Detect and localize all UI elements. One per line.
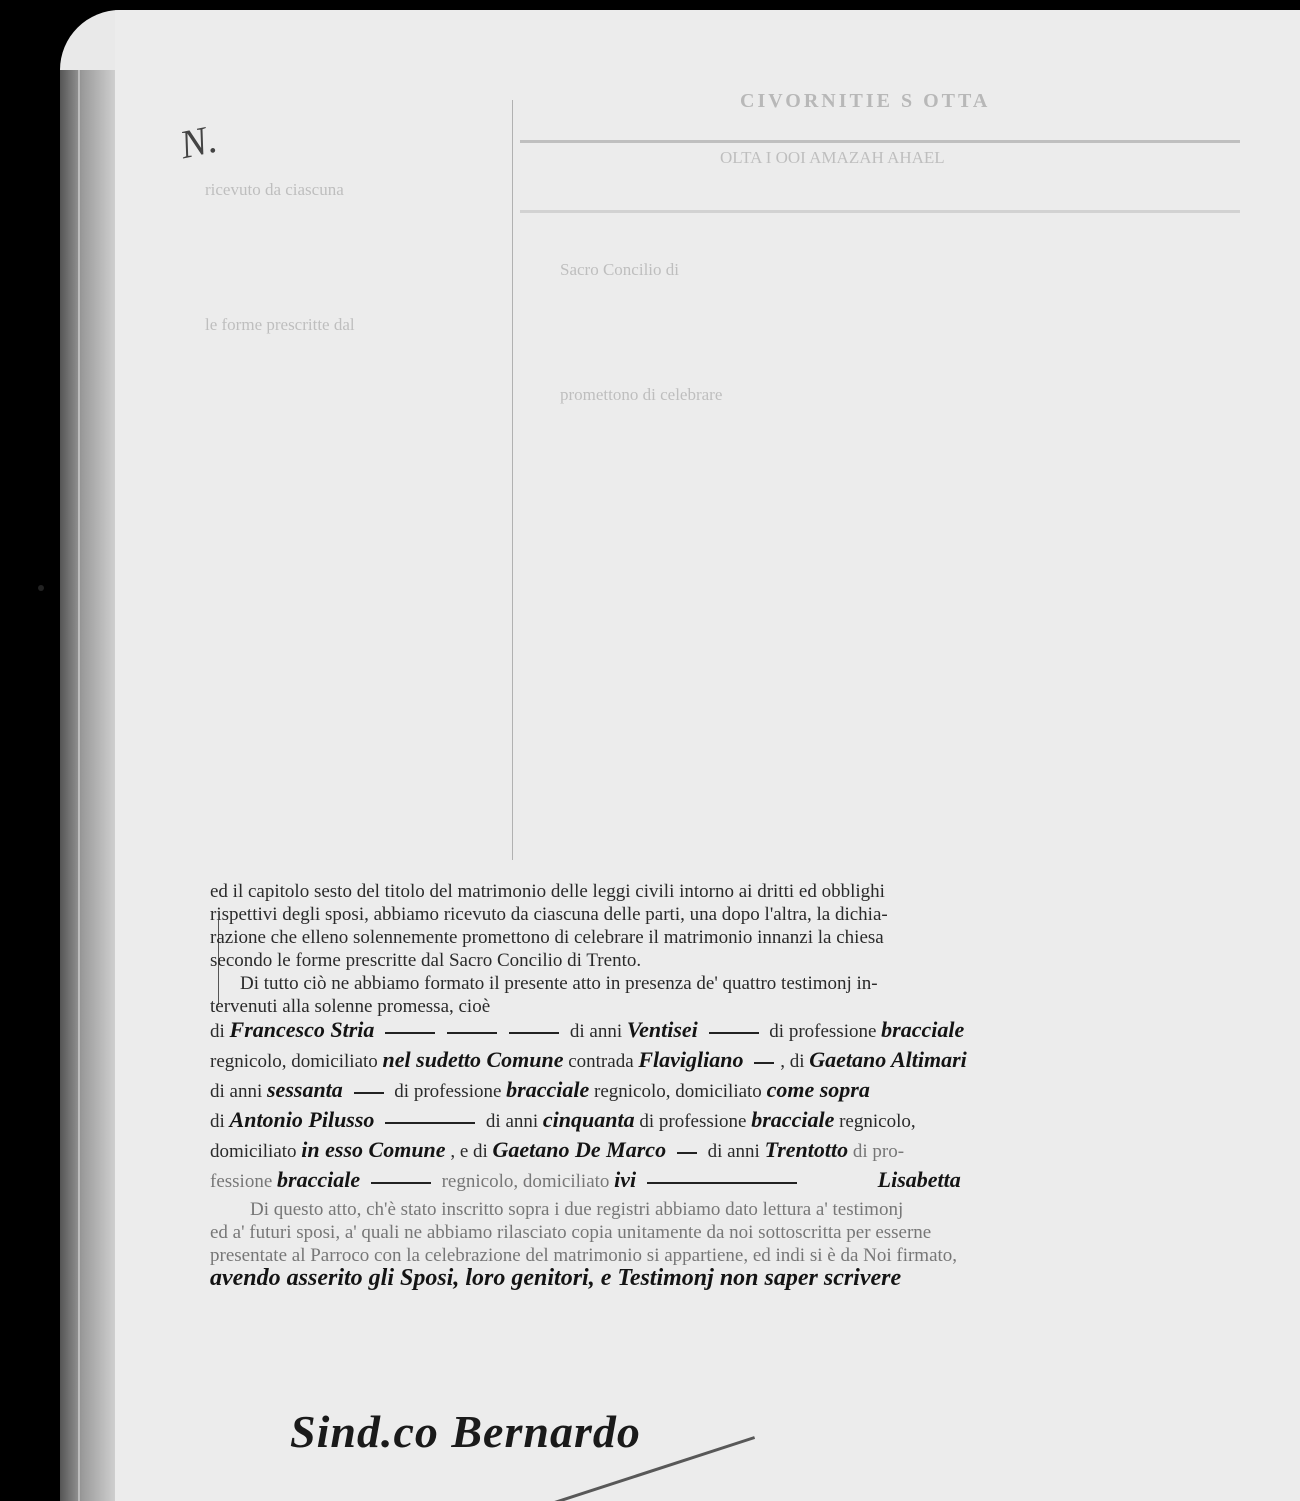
marriage-record-text: ed il capitolo sesto del titolo del matr… xyxy=(210,880,1260,1301)
witness-row: di anni sessanta di professione braccial… xyxy=(210,1078,1260,1108)
witness-name: Gaetano De Marco xyxy=(493,1137,667,1162)
printed-line: ed a' futuri sposi, a' quali ne abbiamo … xyxy=(210,1221,1260,1244)
printed-line: razione che elleno solennemente prometto… xyxy=(210,926,1260,949)
witness-domicile: ivi xyxy=(614,1167,636,1192)
witness-row: di Antonio Pilusso di anni cinquanta di … xyxy=(210,1108,1260,1138)
witness-row: fessione bracciale regnicolo, domiciliat… xyxy=(210,1168,1260,1198)
witness-domicile: nel sudetto Comune xyxy=(383,1047,564,1072)
bleed-through-line: ricevuto da ciascuna xyxy=(205,180,344,200)
binding-line xyxy=(78,70,80,1501)
bleed-through-rule xyxy=(520,140,1240,143)
witness-age: Trentotto xyxy=(765,1137,849,1162)
witness-profession: bracciale xyxy=(506,1077,589,1102)
ink-spot xyxy=(38,585,44,591)
printed-line: tervenuti alla solenne promessa, cioè xyxy=(210,995,1260,1018)
handwritten-addition: avendo asserito gli Sposi, loro genitori… xyxy=(210,1267,1260,1301)
witness-domicile: in esso Comune xyxy=(301,1137,445,1162)
bleed-through-rule-2 xyxy=(520,210,1240,213)
witness-name: Francesco Stria xyxy=(230,1017,375,1042)
witness-age: Ventisei xyxy=(627,1017,698,1042)
witness-profession: bracciale xyxy=(277,1167,360,1192)
binding-shadow xyxy=(60,70,115,1501)
printed-line: ed il capitolo sesto del titolo del matr… xyxy=(210,880,1260,903)
witness-row: di Francesco Stria di anni Ventisei di p… xyxy=(210,1018,1260,1048)
witness-row: domiciliato in esso Comune , e di Gaetan… xyxy=(210,1138,1260,1168)
handwritten-name: Lisabetta xyxy=(878,1167,961,1192)
printed-line: presentate al Parroco con la celebrazion… xyxy=(210,1244,1260,1267)
witness-age: sessanta xyxy=(267,1077,343,1102)
printed-line: rispettivi degli sposi, abbiamo ricevuto… xyxy=(210,903,1260,926)
witness-domicile: come sopra xyxy=(767,1077,870,1102)
printed-line: Di questo atto, ch'è stato inscritto sop… xyxy=(210,1198,1260,1221)
bleed-through-column-rule xyxy=(512,100,513,860)
witness-name: Gaetano Altimari xyxy=(809,1047,966,1072)
bleed-through-title: CIVORNITIE S OTTA xyxy=(740,90,990,113)
witness-name: Antonio Pilusso xyxy=(230,1107,375,1132)
witness-profession: bracciale xyxy=(751,1107,834,1132)
printed-line: Di tutto ciò ne abbiamo formato il prese… xyxy=(210,972,1260,995)
bleed-through-subheader: OLTA I OOI AMAZAH AHAEL xyxy=(720,148,945,168)
bleed-through-line: promettono di celebrare xyxy=(560,385,722,405)
witness-profession: bracciale xyxy=(881,1017,964,1042)
mayor-signature: Sind.co Bernardo xyxy=(290,1405,641,1458)
witness-age: cinquanta xyxy=(543,1107,635,1132)
witness-row: regnicolo, domiciliato nel sudetto Comun… xyxy=(210,1048,1260,1078)
witness-street: Flavigliano xyxy=(638,1047,743,1072)
bleed-through-line: le forme prescritte dal xyxy=(205,315,355,335)
bleed-through-line: Sacro Concilio di xyxy=(560,260,679,280)
printed-line: secondo le forme prescritte dal Sacro Co… xyxy=(210,949,1260,972)
